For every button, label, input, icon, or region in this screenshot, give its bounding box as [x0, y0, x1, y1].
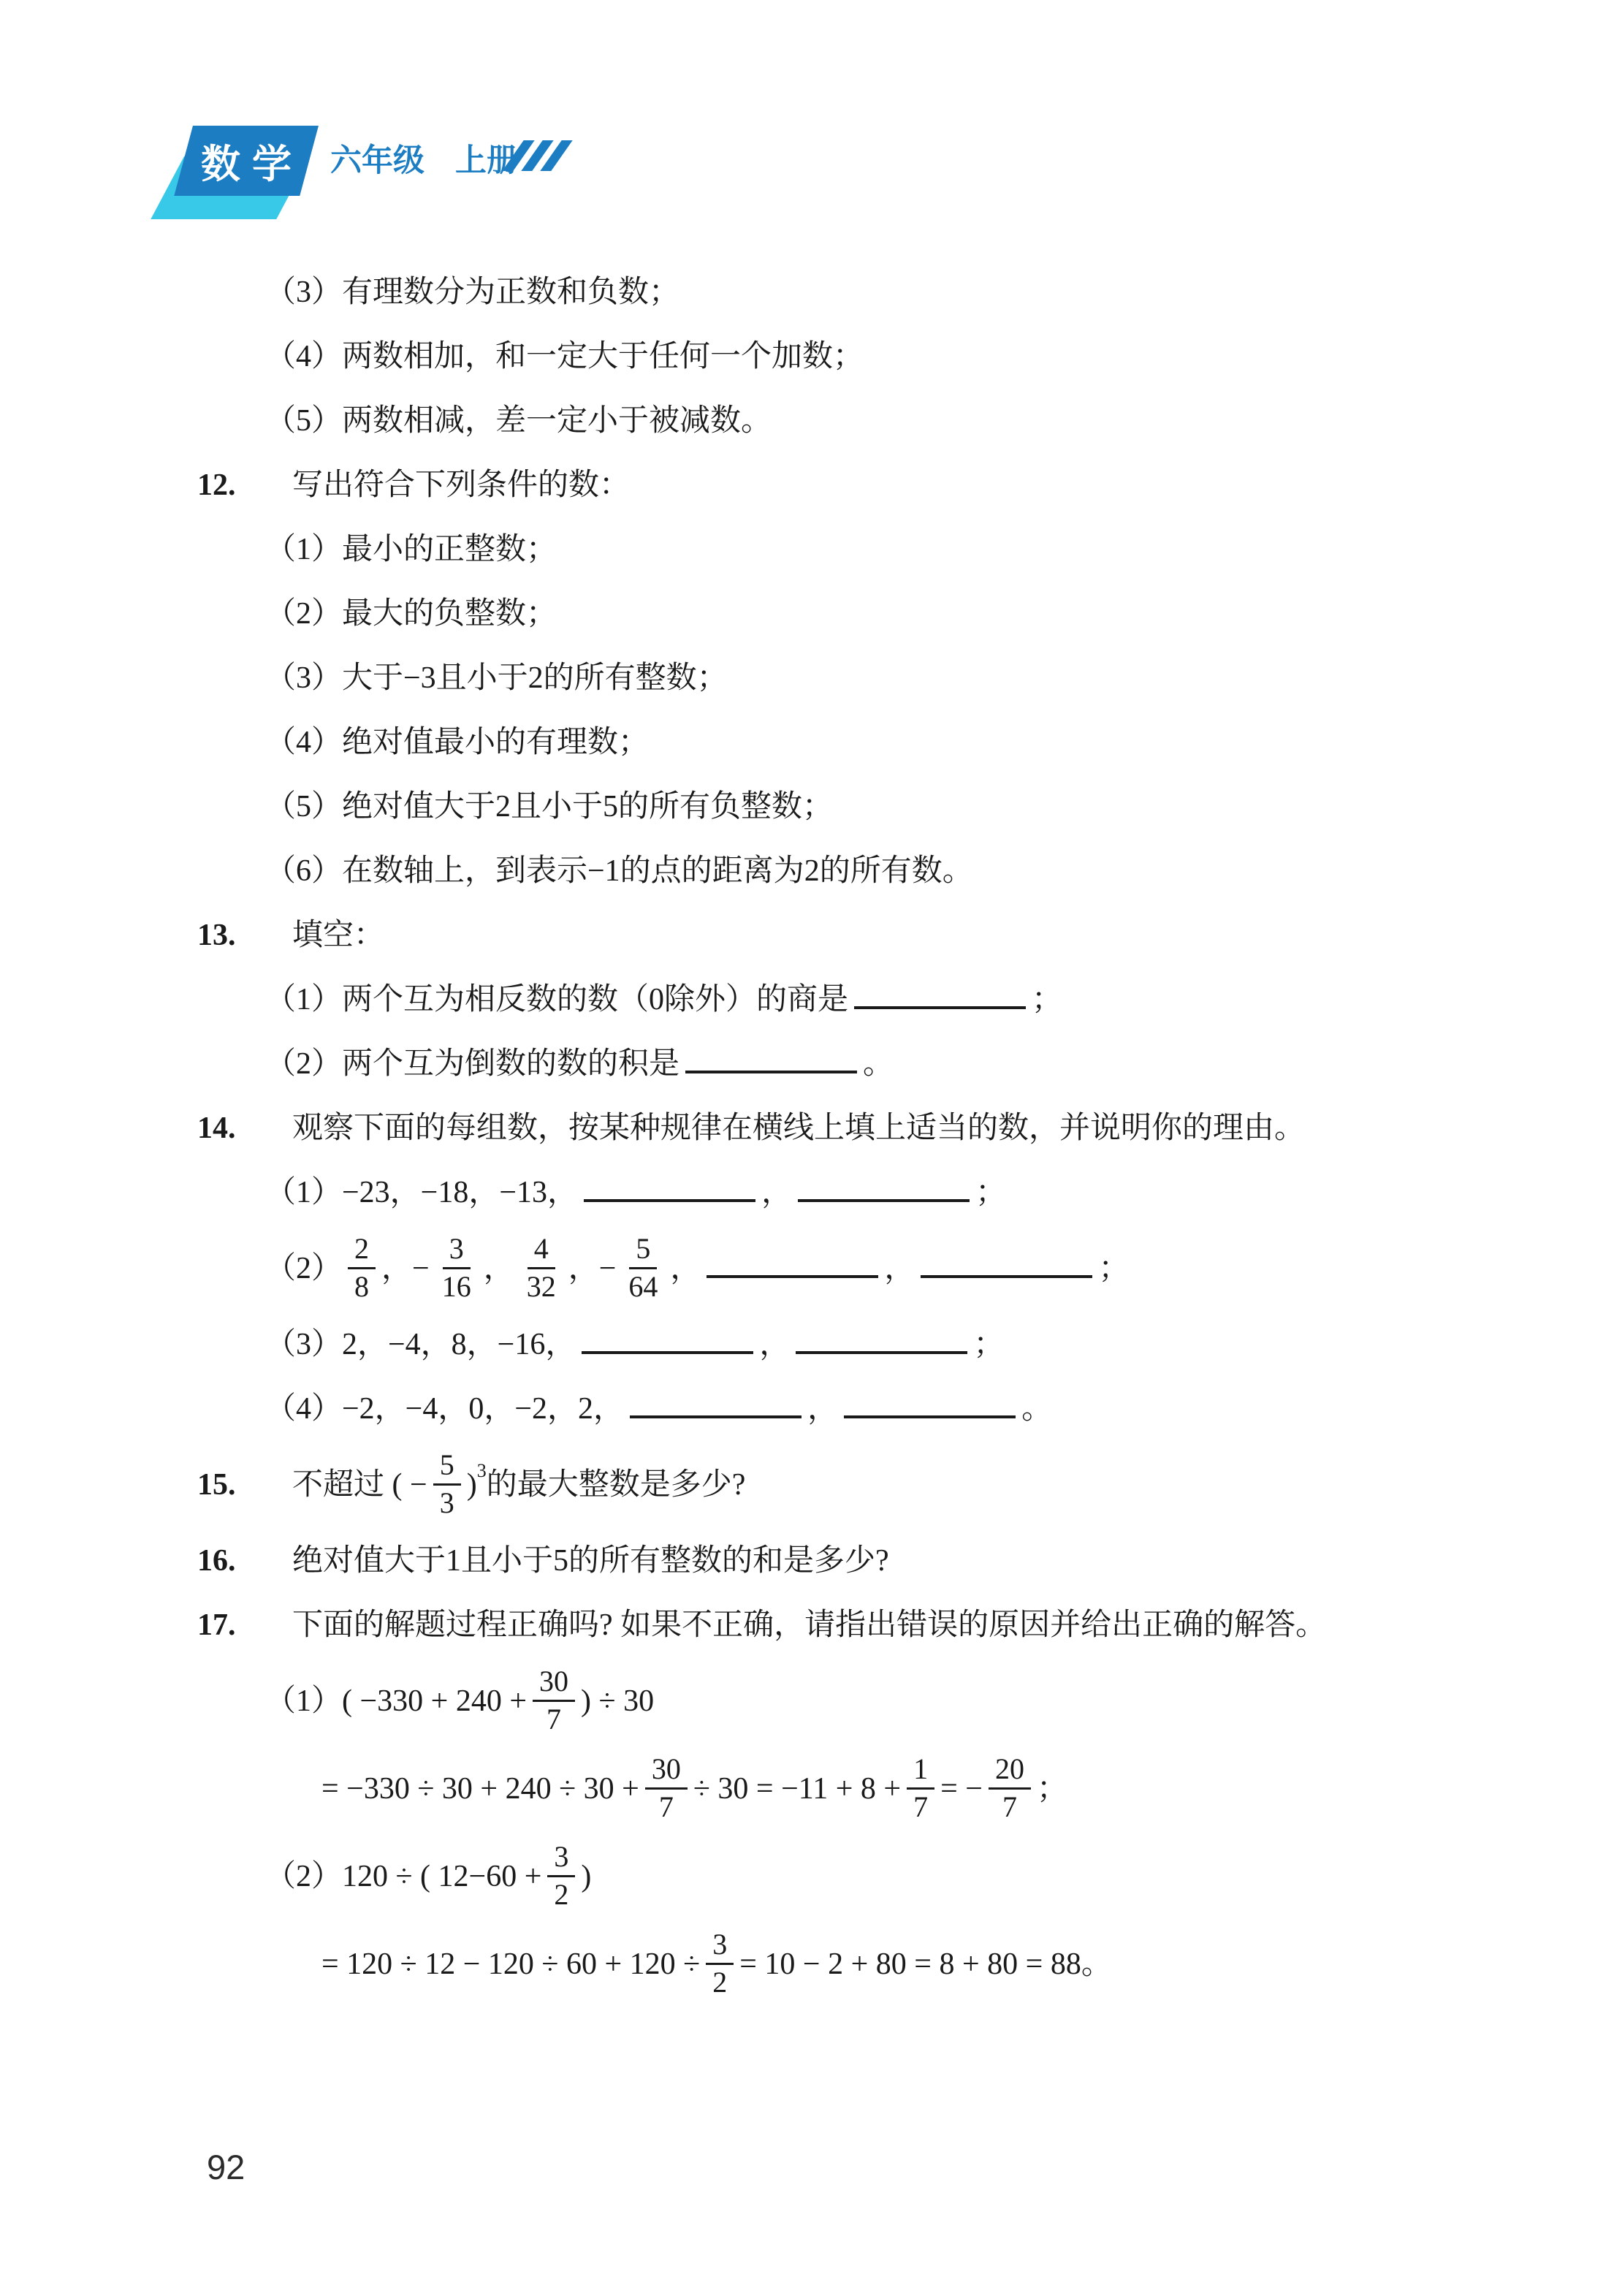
text-line: 15.不超过 ( −53)3的最大整数是多少?	[0, 1441, 1622, 1529]
text-line: （4）−2，−4，0，−2，2，，。	[0, 1377, 1622, 1441]
text-run: ，	[759, 1328, 790, 1361]
text-run: ；	[1037, 1772, 1067, 1806]
problem-number: 17.	[197, 1593, 292, 1657]
text-line: （4）两数相加，和一定大于任何一个加数；	[0, 324, 1622, 389]
text-run: （1）−23，−18，−13，	[265, 1176, 578, 1209]
subject-badge-label: 数学	[189, 133, 303, 189]
answer-blank	[796, 1347, 967, 1354]
text-run: （6）在数轴上，到表示−1的点的距离为2的所有数。	[265, 854, 973, 888]
text-run: （1）两个互为相反数的数（0除外）的商是	[265, 983, 848, 1016]
text-run: （2）两个互为倒数的数的积是	[265, 1047, 679, 1081]
text-run: （4）两数相加，和一定大于任何一个加数；	[265, 340, 864, 373]
text-run: ，	[761, 1176, 792, 1209]
text-run: （4）绝对值最小的有理数；	[265, 726, 649, 759]
text-run: ，	[484, 1252, 514, 1285]
text-line: （2）两个互为倒数的数的积是。	[0, 1032, 1622, 1096]
text-line: 14.观察下面的每组数，按某种规律在横线上填上适当的数，并说明你的理由。	[0, 1096, 1622, 1160]
text-run: （3）2，−4，8，−16，	[265, 1328, 576, 1361]
subject-badge: 数学	[174, 126, 319, 196]
text-line: 17.下面的解题过程正确吗? 如果不正确，请指出错误的原因并给出正确的解答。	[0, 1593, 1622, 1657]
text-run: 。	[863, 1047, 894, 1081]
text-line: 12.写出符合下列条件的数：	[0, 453, 1622, 517]
text-run: 写出符合下列条件的数：	[292, 468, 630, 502]
page-number: 92	[207, 2147, 245, 2187]
text-run: ，−	[568, 1252, 617, 1285]
text-run: ，	[670, 1252, 701, 1285]
text-line: （3）2，−4，8，−16，，；	[0, 1312, 1622, 1377]
textbook-page: 数学 六年级上册 （3）有理数分为正数和负数；（4）两数相加，和一定大于任何一个…	[0, 0, 1622, 2296]
fraction: 307	[645, 1753, 688, 1824]
text-line: （5）绝对值大于2且小于5的所有负整数；	[0, 775, 1622, 839]
header-title: 六年级上册	[330, 136, 518, 180]
answer-blank	[685, 1066, 857, 1073]
answer-blank	[921, 1271, 1092, 1278]
text-run: （2）最大的负整数；	[265, 597, 557, 631]
text-line: （3）大于−3且小于2的所有整数；	[0, 646, 1622, 710]
answer-blank	[798, 1195, 970, 1202]
text-run: （3）有理数分为正数和负数；	[265, 275, 679, 309]
text-line: （2）120 ÷ ( 12−60 +32)	[0, 1833, 1622, 1920]
fraction: 432	[520, 1233, 563, 1304]
text-line: （6）在数轴上，到表示−1的点的距离为2的所有数。	[0, 839, 1622, 903]
text-run: 不超过 ( −	[292, 1468, 427, 1502]
text-run: 下面的解题过程正确吗? 如果不正确，请指出错误的原因并给出正确的解答。	[292, 1608, 1326, 1642]
text-line: = 120 ÷ 12 − 120 ÷ 60 + 120 ÷32= 10 − 2 …	[0, 1920, 1622, 2008]
answer-blank	[630, 1411, 802, 1418]
grade-label: 六年级	[330, 143, 424, 178]
text-run: )	[581, 1860, 591, 1893]
text-run: ，−	[381, 1252, 430, 1285]
text-run: （4）−2，−4，0，−2，2，	[265, 1392, 624, 1426]
text-line: （1）最小的正整数；	[0, 517, 1622, 582]
problems: （3）有理数分为正数和负数；（4）两数相加，和一定大于任何一个加数；（5）两数相…	[0, 260, 1622, 2008]
text-run: = −330 ÷ 30 + 240 ÷ 30 +	[321, 1772, 639, 1806]
fraction: 316	[435, 1233, 478, 1304]
text-run: ，	[807, 1392, 838, 1426]
fraction: 207	[989, 1753, 1031, 1824]
fraction: 32	[547, 1841, 575, 1912]
text-run: 观察下面的每组数，按某种规律在横线上填上适当的数，并说明你的理由。	[292, 1111, 1305, 1145]
text-line: 16.绝对值大于1且小于5的所有整数的和是多少?	[0, 1529, 1622, 1593]
answer-blank	[582, 1347, 753, 1354]
text-run: ÷ 30 = −11 + 8 +	[693, 1772, 901, 1806]
text-run: （5）绝对值大于2且小于5的所有负整数；	[265, 790, 833, 824]
text-run: ；	[973, 1328, 1004, 1361]
text-run: （2）120 ÷ ( 12−60 +	[265, 1860, 541, 1893]
text-run: 绝对值大于1且小于5的所有整数的和是多少?	[292, 1544, 889, 1578]
fraction: 32	[706, 1928, 734, 1999]
text-run: ；	[1032, 983, 1062, 1016]
fraction: 17	[907, 1753, 934, 1824]
text-run: ；	[1098, 1252, 1129, 1285]
text-run: 填空：	[292, 919, 384, 952]
text-run: （1）最小的正整数；	[265, 533, 557, 566]
problem-number: 12.	[197, 453, 292, 517]
text-run: （2）	[265, 1252, 342, 1285]
text-run: 的最大整数是多少?	[487, 1468, 746, 1502]
problem-number: 13.	[197, 903, 292, 968]
text-line: = −330 ÷ 30 + 240 ÷ 30 +307÷ 30 = −11 + …	[0, 1745, 1622, 1833]
text-line: （2）最大的负整数；	[0, 582, 1622, 646]
text-run: ，	[884, 1252, 915, 1285]
text-run: = 120 ÷ 12 − 120 ÷ 60 + 120 ÷	[321, 1947, 700, 1981]
text-line: （1）两个互为相反数的数（0除外）的商是；	[0, 968, 1622, 1032]
text-run: ；	[975, 1176, 1006, 1209]
problem-number: 14.	[197, 1096, 292, 1160]
text-line: （3）有理数分为正数和负数；	[0, 260, 1622, 324]
answer-blank	[707, 1271, 878, 1278]
text-line: （1）−23，−18，−13，，；	[0, 1160, 1622, 1225]
exponent: 3	[477, 1460, 487, 1481]
header-slashes-icon	[513, 140, 562, 171]
text-line: （2）28，−316，432，−564，，；	[0, 1225, 1622, 1312]
text-run: （3）大于−3且小于2的所有整数；	[265, 661, 728, 695]
fraction: 307	[533, 1665, 575, 1736]
text-line: （5）两数相减，差一定小于被减数。	[0, 389, 1622, 453]
fraction: 53	[433, 1449, 461, 1520]
answer-blank	[584, 1195, 755, 1202]
text-run: 。	[1021, 1392, 1052, 1426]
text-line: 13.填空：	[0, 903, 1622, 968]
text-line: （4）绝对值最小的有理数；	[0, 710, 1622, 775]
fraction: 564	[622, 1233, 664, 1304]
text-run: （5）两数相减，差一定小于被减数。	[265, 404, 772, 438]
text-run: ) ÷ 30	[581, 1684, 654, 1718]
fraction: 28	[348, 1233, 376, 1304]
text-run: （1）( −330 + 240 +	[265, 1684, 527, 1718]
text-run: )	[467, 1468, 477, 1502]
answer-blank	[854, 1002, 1026, 1009]
text-run: = 10 − 2 + 80 = 8 + 80 = 88。	[739, 1947, 1112, 1981]
text-line: （1）( −330 + 240 +307) ÷ 30	[0, 1657, 1622, 1745]
text-run: = −	[940, 1772, 983, 1806]
problem-number: 15.	[197, 1441, 292, 1529]
answer-blank	[844, 1411, 1016, 1418]
problem-number: 16.	[197, 1529, 292, 1593]
